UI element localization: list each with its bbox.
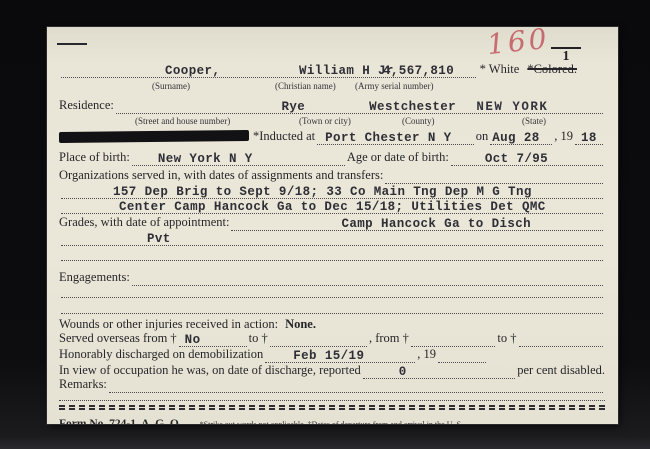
residence-town-value: Rye xyxy=(281,99,305,115)
residence-county-value: Westchester xyxy=(369,99,456,115)
form-number: Form No. 724-1, A. G. O. xyxy=(59,416,182,424)
year-prefix: , 19 xyxy=(554,128,573,144)
organizations-line2: Center Camp Hancock Ga to Dec 15/18; Uti… xyxy=(61,199,603,214)
grades-label: Grades, with date of appointment: xyxy=(59,214,229,230)
surname-value: Cooper, xyxy=(165,63,220,79)
redaction-bar xyxy=(59,130,249,143)
overseas-label3: , from † xyxy=(369,330,409,346)
residence-line: Rye Westchester NEW YORK xyxy=(116,99,603,114)
blank-line xyxy=(61,299,603,314)
serial-number-value: 4,567,810 xyxy=(383,63,454,79)
county-caption: (County) xyxy=(402,116,435,126)
age-value: Oct 7/95 xyxy=(485,151,548,167)
discharge-date-line: Feb 15/19 xyxy=(265,348,415,363)
birth-place-line: New York N Y xyxy=(132,151,345,166)
organizations-line2-value: Center Camp Hancock Ga to Dec 15/18; Uti… xyxy=(119,199,546,215)
overseas-to2-line xyxy=(519,332,604,347)
induction-place-line: Port Chester N Y xyxy=(317,130,474,145)
discharge-year-prefix: , 19 xyxy=(417,346,436,362)
footer-row: Form No. 724-1, A. G. O. *Strike out wor… xyxy=(59,416,605,424)
overseas-row: Served overseas from † No to † , from † … xyxy=(59,330,605,347)
thin-divider-line xyxy=(59,400,605,401)
surname-caption: (Surname) xyxy=(152,81,190,91)
scan-background: { "colors": { "background": "#0b0b0d", "… xyxy=(0,0,650,449)
serial-number-caption: (Army serial number) xyxy=(355,81,433,91)
inducted-at-label: *Inducted at xyxy=(253,128,315,144)
christian-name-value: William H Jr xyxy=(299,63,394,79)
birth-place-value: New York N Y xyxy=(158,151,253,167)
heavy-divider-line xyxy=(59,405,605,410)
remarks-label: Remarks: xyxy=(59,376,107,392)
race-white-label: * White xyxy=(480,61,520,77)
name-line: Cooper, William H Jr 4,567,810 xyxy=(61,63,476,78)
blank-row-3 xyxy=(59,297,605,314)
age-label: Age or date of birth: xyxy=(347,149,449,165)
residence-row: Residence: Rye Westchester NEW YORK xyxy=(59,97,605,114)
state-caption: (State) xyxy=(522,116,546,126)
age-line: Oct 7/95 xyxy=(451,151,603,166)
induction-place-value: Port Chester N Y xyxy=(325,130,451,146)
blank-row-1 xyxy=(59,244,605,261)
on-label: on xyxy=(476,128,489,144)
remarks-line xyxy=(109,378,603,393)
red-handwritten-number: 160 xyxy=(485,27,551,61)
discharge-year-line xyxy=(438,348,486,363)
overseas-label2: to † xyxy=(249,330,268,346)
organizations-label: Organizations served in, with dates of a… xyxy=(59,167,383,183)
residence-label: Residence: xyxy=(59,97,114,113)
induction-year-value: 18 xyxy=(581,130,597,146)
birth-row: Place of birth: New York N Y Age or date… xyxy=(59,149,605,166)
name-row: Cooper, William H Jr 4,567,810 * White *… xyxy=(59,61,605,78)
service-record-card: 160 1 Cooper, William H Jr 4,567,810 * W… xyxy=(47,27,618,424)
induction-row: *Inducted at Port Chester N Y on Aug 28 … xyxy=(59,128,605,145)
blank-line xyxy=(61,246,603,261)
induction-year-line: 18 xyxy=(575,130,603,145)
christian-name-caption: (Christian name) xyxy=(275,81,336,91)
induction-date-line: Aug 28 xyxy=(490,130,552,145)
town-caption: (Town or city) xyxy=(299,116,351,126)
discharge-label: Honorably discharged on demobilization xyxy=(59,346,263,362)
overseas-label4: to † xyxy=(497,330,516,346)
remarks-row: Remarks: xyxy=(59,376,605,393)
organizations-line2-row: Center Camp Hancock Ga to Dec 15/18; Uti… xyxy=(59,197,605,214)
race-colored-label: *Colored. xyxy=(527,61,577,77)
blank-row-2 xyxy=(59,281,605,298)
discharge-row: Honorably discharged on demobilization F… xyxy=(59,346,605,363)
overseas-from2-line xyxy=(411,332,496,347)
street-caption: (Street and house number) xyxy=(135,116,230,126)
footer-fine-print: *Strike out words not applicable. †Dates… xyxy=(200,417,463,424)
overseas-from1-line: No xyxy=(179,332,247,347)
overseas-label1: Served overseas from † xyxy=(59,330,177,346)
overseas-to1-line xyxy=(270,332,367,347)
blank-line xyxy=(61,283,603,298)
induction-date-value: Aug 28 xyxy=(492,130,539,146)
residence-state-value: NEW YORK xyxy=(476,99,548,115)
top-left-dash xyxy=(57,43,87,45)
place-of-birth-label: Place of birth: xyxy=(59,149,130,165)
